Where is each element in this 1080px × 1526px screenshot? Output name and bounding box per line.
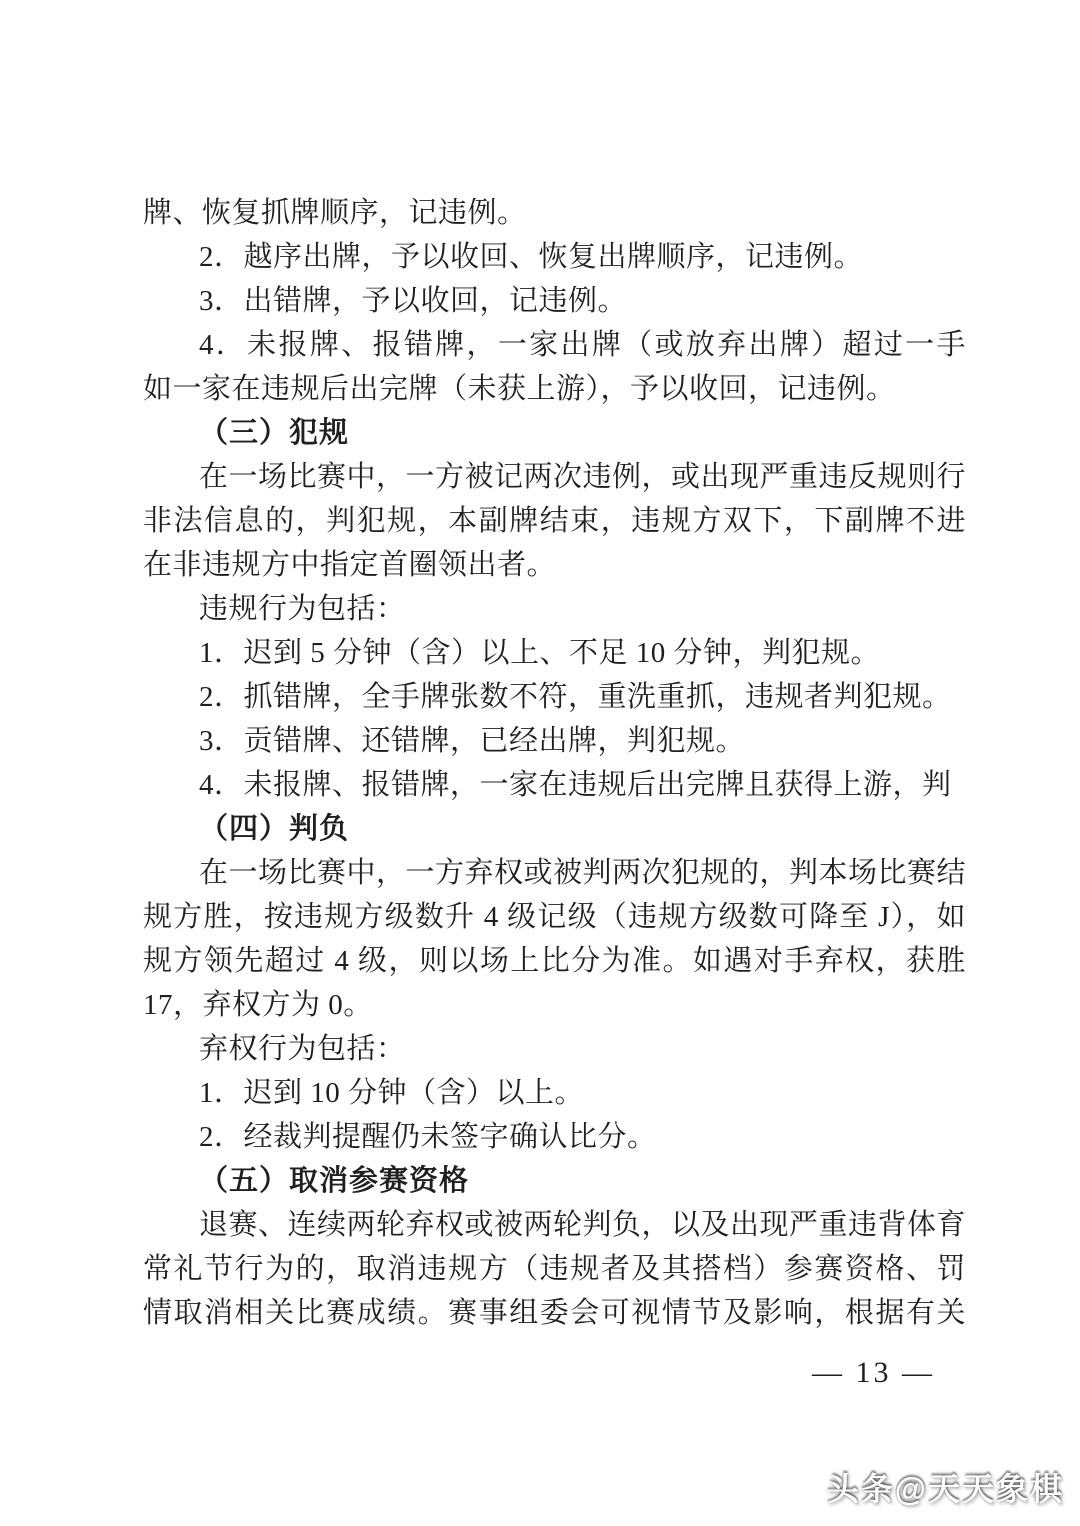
- text-line: 常礼节行为的，取消违规方（违规者及其搭档）参赛资格、罚出赛场，视: [143, 1247, 966, 1291]
- text-line: 2．经裁判提醒仍未签字确认比分。: [143, 1115, 966, 1159]
- text-line: 情取消相关比赛成绩。赛事组委会可视情节及影响，根据有关规定作出赛: [143, 1291, 966, 1335]
- text-line: 弃权行为包括：: [143, 1027, 966, 1071]
- section-heading: （四）判负: [143, 807, 966, 851]
- text-line: 3．出错牌，予以收回，记违例。: [143, 279, 966, 323]
- text-line: 4．未报牌、报错牌，一家出牌（或放弃出牌）超过一手牌，记违例；: [143, 323, 966, 367]
- text-line: 非法信息的，判犯规，本副牌结束，违规方双下，下副牌不进贡，由裁判: [143, 499, 966, 543]
- page-number: — 13 —: [812, 1356, 935, 1390]
- text-line: 规方领先超过 4 级，则以场上比分为准。如遇对手弃权，获胜方级差分为: [143, 939, 966, 983]
- text-line: 3．贡错牌、还错牌，已经出牌，判犯规。: [143, 719, 966, 763]
- text-line: 4．未报牌、报错牌，一家在违规后出完牌且获得上游，判犯规。: [143, 763, 966, 807]
- document-page: 牌、恢复抓牌顺序，记违例。2．越序出牌，予以收回、恢复出牌顺序，记违例。3．出错…: [0, 0, 1080, 1526]
- text-line: 1．迟到 10 分钟（含）以上。: [143, 1071, 966, 1115]
- text-line: 在一场比赛中，一方被记两次违例，或出现严重违反规则行为，传递: [143, 455, 966, 499]
- text-line: 规方胜，按违规方级数升 4 级记级（违规方级数可降至 J），如场上非违: [143, 895, 966, 939]
- text-line: 2．抓错牌，全手牌张数不符，重洗重抓，违规者判犯规。: [143, 675, 966, 719]
- watermark-text: 头条@天天象棋: [827, 1464, 1064, 1510]
- section-heading: （五）取消参赛资格: [143, 1159, 966, 1203]
- text-line: 2．越序出牌，予以收回、恢复出牌顺序，记违例。: [143, 235, 966, 279]
- section-heading: （三）犯规: [143, 411, 966, 455]
- text-line: 17，弃权方为 0。: [143, 983, 966, 1027]
- text-line: 牌、恢复抓牌顺序，记违例。: [143, 191, 966, 235]
- text-line: 1．迟到 5 分钟（含）以上、不足 10 分钟，判犯规。: [143, 631, 966, 675]
- text-line: 违规行为包括：: [143, 587, 966, 631]
- text-line: 如一家在违规后出完牌（未获上游），予以收回，记违例。: [143, 367, 966, 411]
- text-line: 在非违规方中指定首圈领出者。: [143, 543, 966, 587]
- document-body: 牌、恢复抓牌顺序，记违例。2．越序出牌，予以收回、恢复出牌顺序，记违例。3．出错…: [143, 191, 966, 1335]
- text-line: 退赛、连续两轮弃权或被两轮判负，以及出现严重违背体育道德和正: [143, 1203, 966, 1247]
- text-line: 在一场比赛中，一方弃权或被判两次犯规的，判本场比赛结束，非违: [143, 851, 966, 895]
